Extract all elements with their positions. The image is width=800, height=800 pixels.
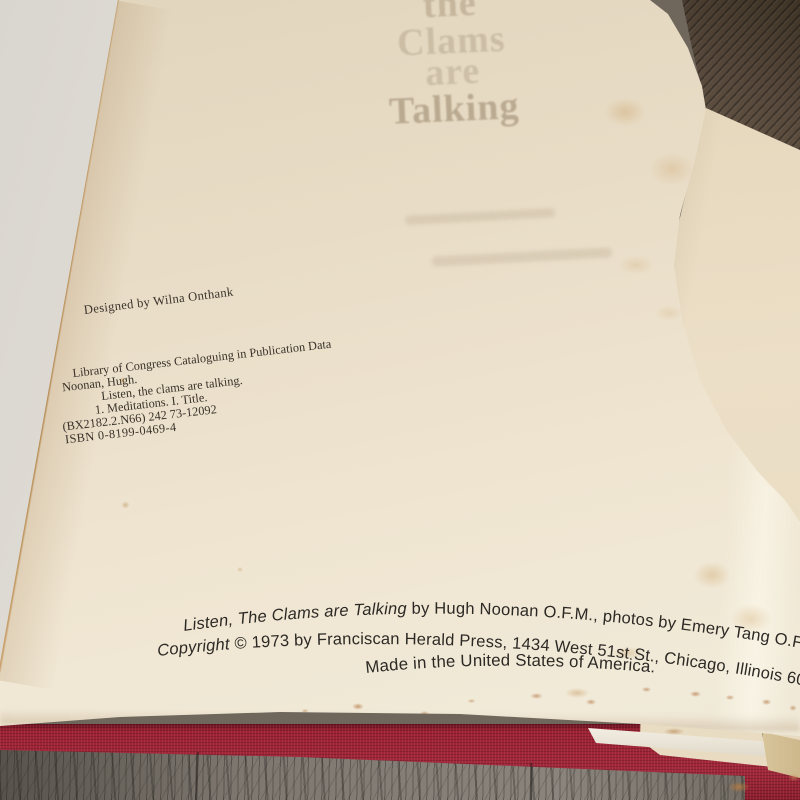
book-title-italic: Listen, The Clams are Talking	[182, 600, 407, 635]
colophon-text: Listen, The Clams are Talking by Hugh No…	[0, 0, 800, 800]
cover-wear-spot	[786, 772, 800, 783]
cover-wear-spot	[724, 780, 754, 794]
copyright-word-italic: Copyright	[156, 635, 231, 660]
copyright-page: the Clams are Talking Designed by Wilna …	[0, 0, 800, 800]
colophon-line-made-in: Made in the United States of America.	[364, 651, 656, 677]
book-photo: the Clams are Talking Designed by Wilna …	[0, 0, 800, 800]
edge-foxing	[660, 727, 688, 736]
